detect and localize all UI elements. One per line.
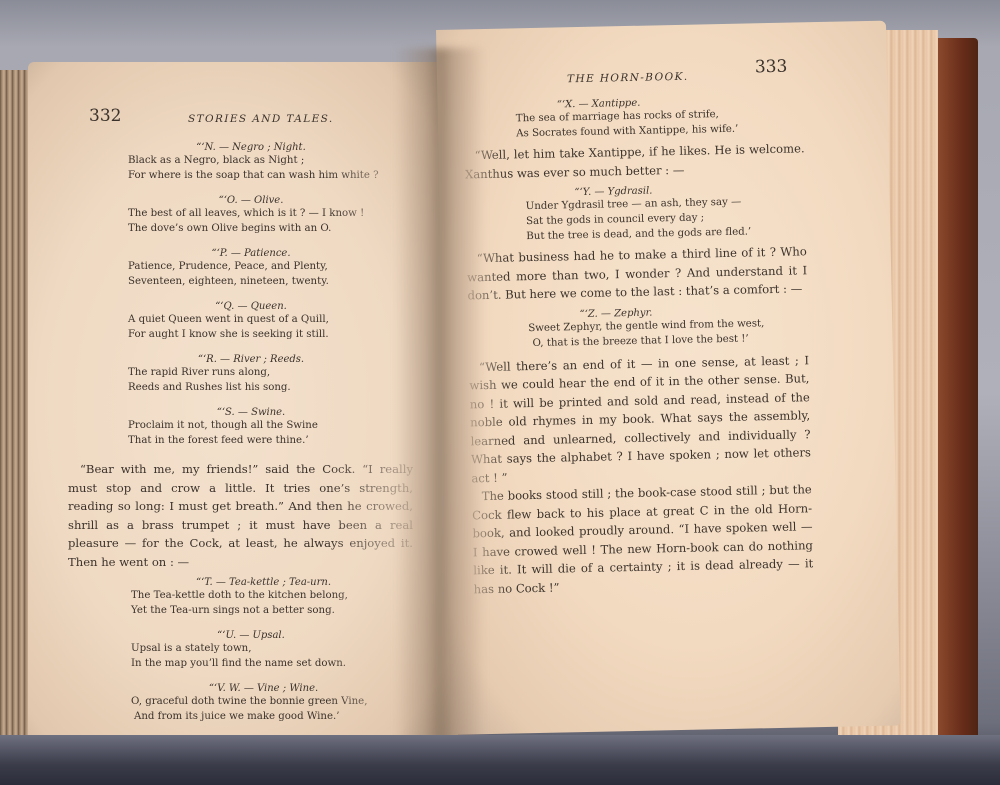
verse-line: That in the forest feed were thine.’: [128, 433, 413, 448]
stanza-vw: “‘V. W. — Vine ; Wine. O, graceful doth …: [156, 683, 413, 724]
verse-line: Black as a Negro, black as Night ;: [128, 153, 413, 168]
verse-line: Yet the Tea-urn sings not a better song.: [131, 603, 413, 618]
stanza-heading: “‘Q. — Queen.: [156, 301, 346, 312]
stanza-s: “‘S. — Swine. Proclaim it not, though al…: [156, 407, 413, 448]
verse-line: In the map you’ll find the name set down…: [131, 656, 413, 671]
paragraph: The books stood still ; the book-case st…: [472, 480, 814, 598]
stanza-x: “‘X. — Xantippe. The sea of marriage has…: [464, 94, 805, 142]
verse-line: And from its juice we make good Wine.’: [134, 709, 413, 724]
stanza-y: “‘Y. — Ygdrasil. Under Ygdrasil tree — a…: [465, 182, 806, 245]
verse-line: A quiet Queen went in quest of a Quill,: [128, 312, 413, 327]
running-head: STORIES AND TALES.: [188, 113, 334, 125]
verse-line: The Tea-kettle doth to the kitchen belon…: [131, 588, 413, 603]
stanza-heading: “‘R. — River ; Reeds.: [156, 354, 346, 365]
page-number: 332: [89, 106, 121, 126]
stanza-r: “‘R. — River ; Reeds. The rapid River ru…: [156, 354, 413, 395]
stanza-heading: “‘T. — Tea-kettle ; Tea-urn.: [156, 577, 371, 588]
stanza-heading: “‘O. — Olive.: [156, 195, 346, 206]
stanza-t: “‘T. — Tea-kettle ; Tea-urn. The Tea-ket…: [156, 577, 413, 618]
stanza-o: “‘O. — Olive. The best of all leaves, wh…: [156, 195, 413, 236]
left-text-column: “‘N. — Negro ; Night. Black as a Negro, …: [68, 136, 413, 785]
stanza-heading: “‘N. — Negro ; Night.: [156, 142, 346, 153]
verse-line: Patience, Prudence, Peace, and Plenty,: [128, 259, 413, 274]
verse-line: O, graceful doth twine the bonnie green …: [131, 694, 413, 709]
verse-line: Seventeen, eighteen, nineteen, twenty.: [128, 274, 413, 289]
stanza-heading: “‘V. W. — Vine ; Wine.: [156, 683, 371, 694]
verse-line: The rapid River runs along,: [128, 365, 413, 380]
stanza-u: “‘U. — Upsal. Upsal is a stately town, I…: [156, 630, 413, 671]
stanza-heading: “‘S. — Swine.: [156, 407, 346, 418]
verse-line: Proclaim it not, though all the Swine: [128, 418, 413, 433]
paragraph: “What business had he to make a third li…: [467, 242, 808, 305]
running-head: THE HORN-BOOK.: [567, 71, 689, 86]
stanza-p: “‘P. — Patience. Patience, Prudence, Pea…: [156, 248, 413, 289]
paragraph: “Bear with me, my friends!” said the Coc…: [68, 460, 413, 571]
book-gutter: [395, 48, 485, 768]
verse-line: For aught I know she is seeking it still…: [128, 327, 413, 342]
stanza-group-t-w: “‘T. — Tea-kettle ; Tea-urn. The Tea-ket…: [68, 577, 413, 724]
stanza-heading: “‘P. — Patience.: [156, 248, 346, 259]
stanza-q: “‘Q. — Queen. A quiet Queen went in ques…: [156, 301, 413, 342]
right-text-column: “‘X. — Xantippe. The sea of marriage has…: [463, 88, 813, 598]
verse-line: Reeds and Rushes list his song.: [128, 380, 413, 395]
right-page: 333 THE HORN-BOOK. “‘X. — Xantippe. The …: [436, 21, 901, 735]
verse-line: For where is the soap that can wash him …: [128, 168, 413, 183]
stanza-n: “‘N. — Negro ; Night. Black as a Negro, …: [156, 142, 413, 183]
verse-line: The best of all leaves, which is it ? — …: [128, 206, 413, 221]
verse-line: Upsal is a stately town,: [131, 641, 413, 656]
page-number: 333: [755, 57, 788, 78]
stanza-heading: “‘U. — Upsal.: [156, 630, 346, 641]
open-book: 332 STORIES AND TALES. “‘N. — Negro ; Ni…: [0, 48, 985, 748]
background-surface: [0, 735, 1000, 785]
left-page: 332 STORIES AND TALES. “‘N. — Negro ; Ni…: [28, 62, 458, 752]
verse-line: The dove’s own Olive begins with an O.: [128, 221, 413, 236]
stanza-group-n-s: “‘N. — Negro ; Night. Black as a Negro, …: [68, 142, 413, 448]
stanza-z: “‘Z. — Zephyr. Sweet Zephyr, the gentle …: [468, 304, 809, 352]
paragraph: “Well there’s an end of it — in one sens…: [469, 351, 812, 488]
paragraph: “Well, let him take Xantippe, if he like…: [464, 139, 805, 183]
